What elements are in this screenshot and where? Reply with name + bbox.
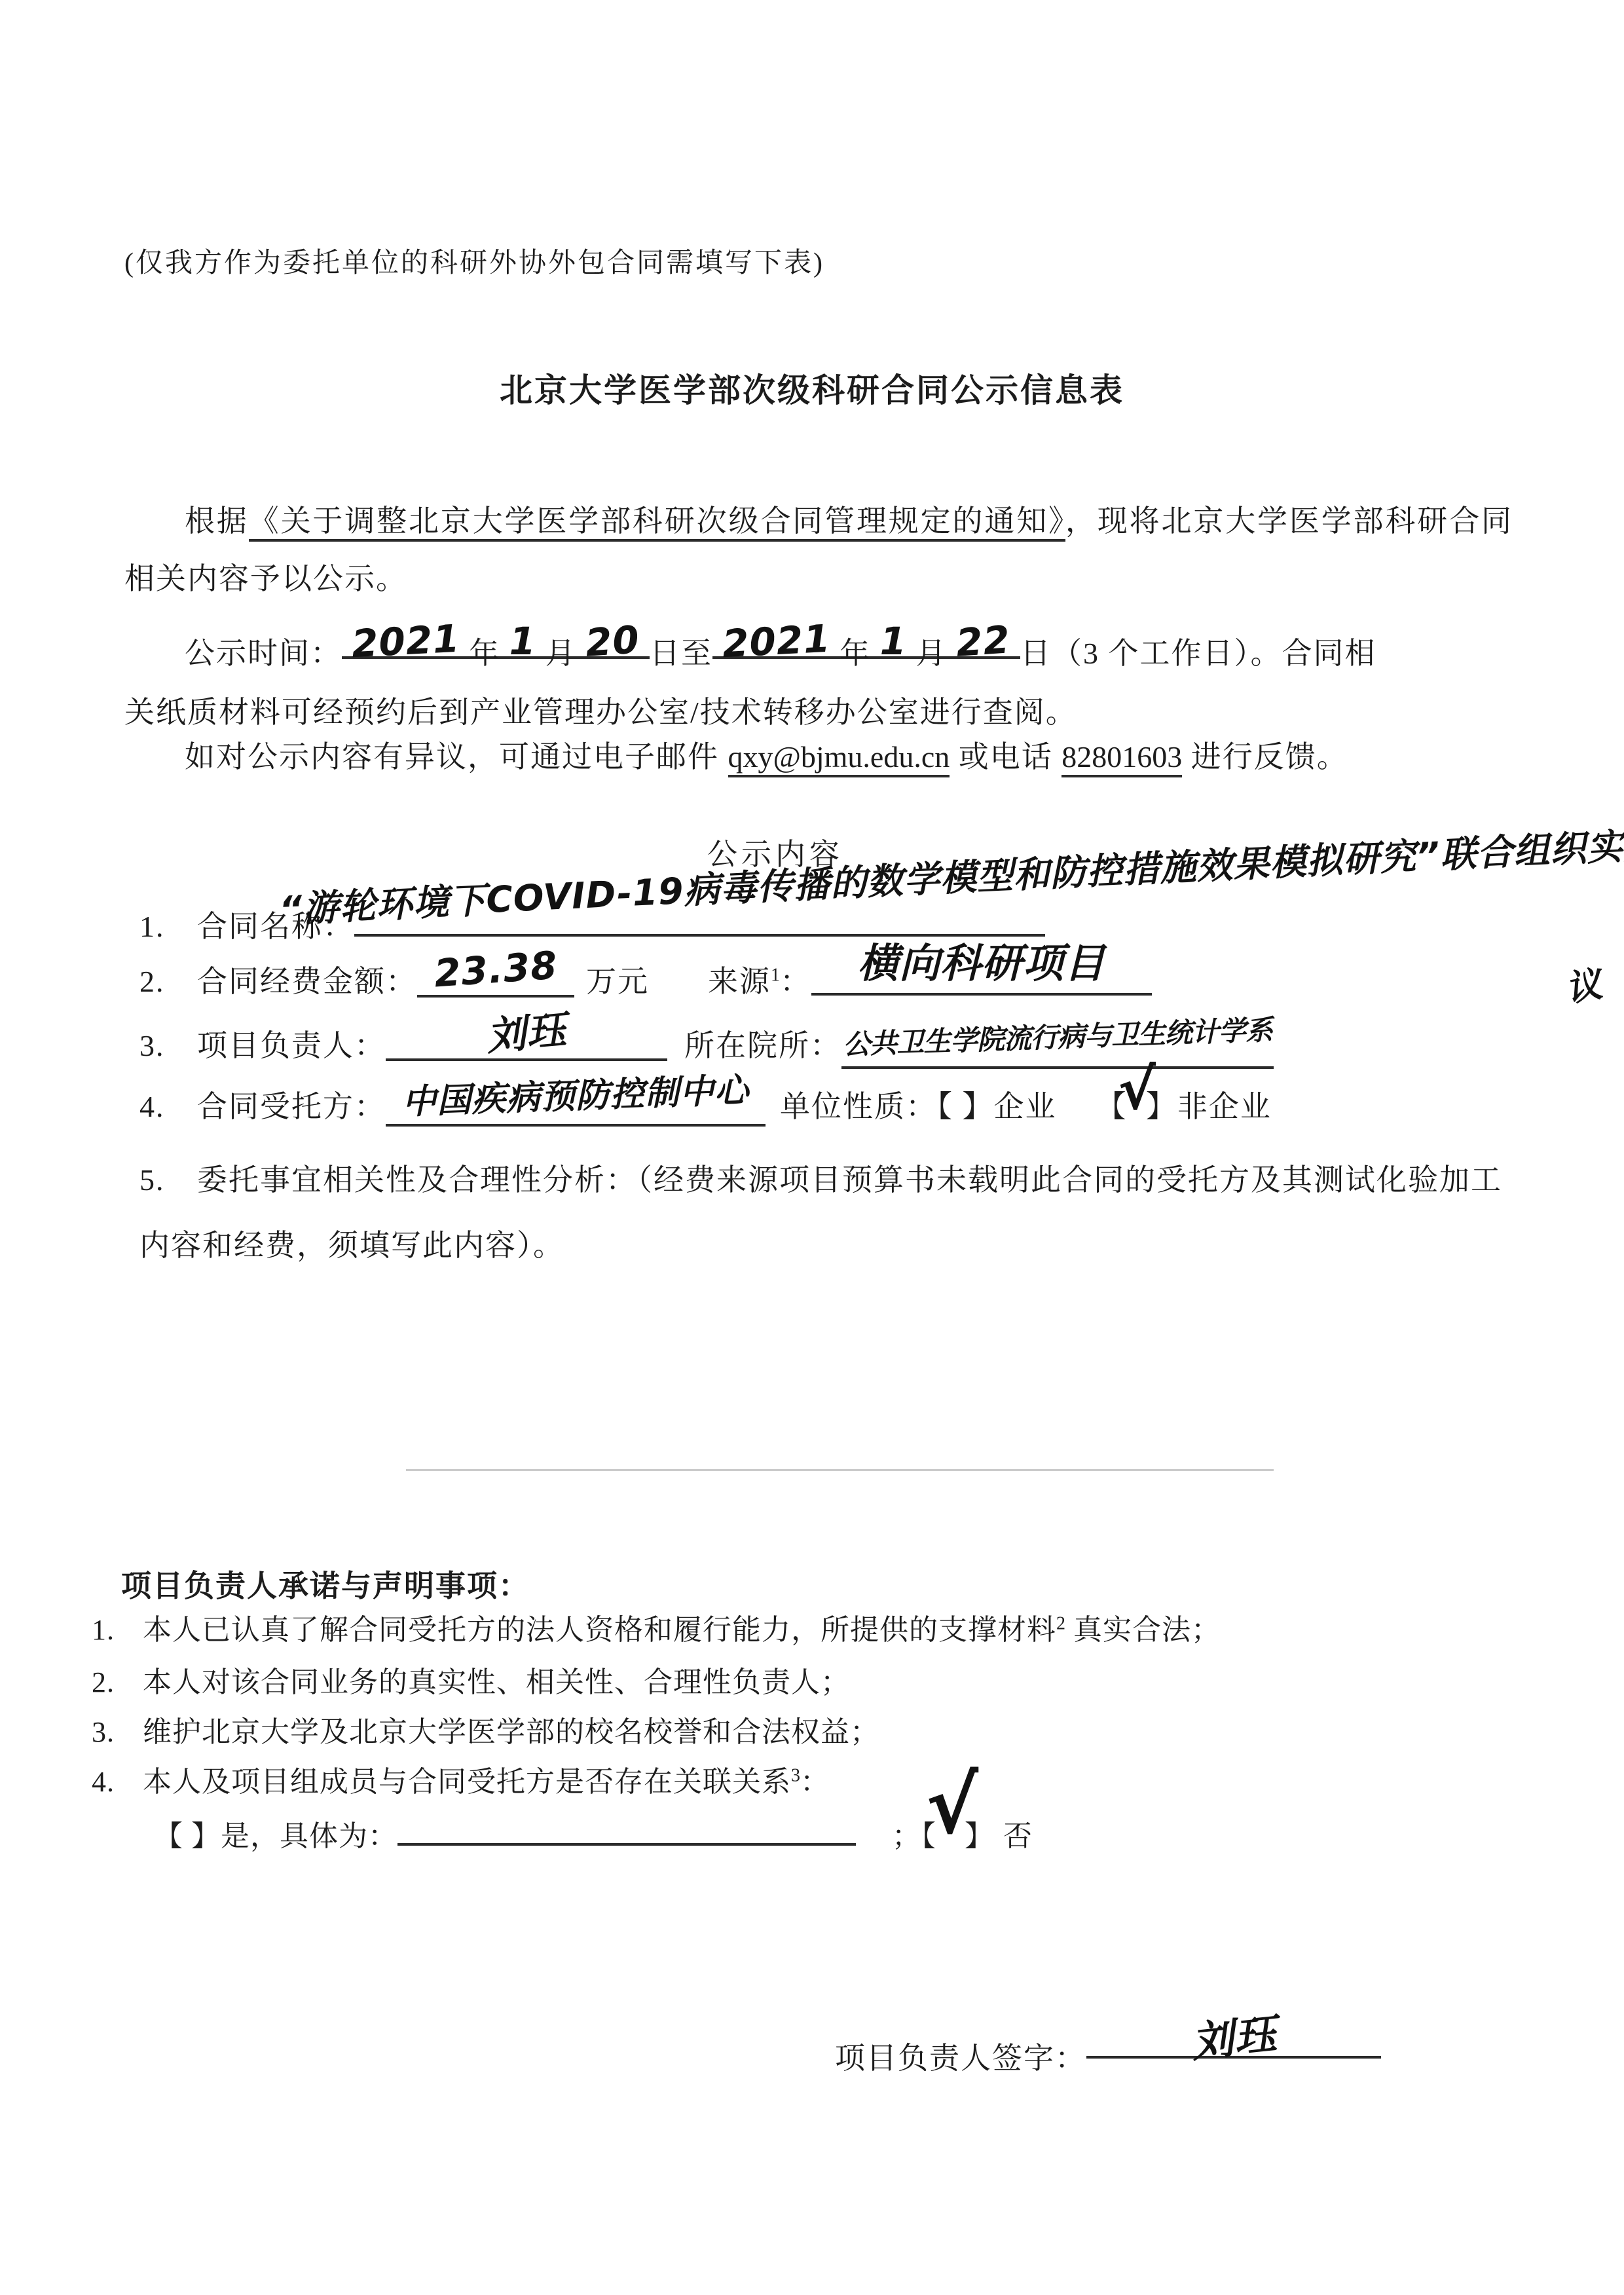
institute-blank: 公共卫生学院流行病与卫生统计学系	[841, 1031, 1274, 1069]
publicity-label: 公示时间：	[185, 637, 342, 670]
promise-item-1: 1.本人已认真了解合同受托方的法人资格和履行能力，所提供的支撑材料2 真实合法；	[92, 1606, 1221, 1648]
pi-name-handwritten: 刘珏	[485, 1011, 568, 1056]
item1-number: 1.	[139, 912, 197, 942]
item-contract-amount: 2.合同经费金额：23.38万元来源1：横向科研项目	[139, 958, 1152, 998]
end-year-handwritten: 2021	[721, 609, 832, 674]
signature-line: 项目负责人签字：刘珏	[835, 2021, 1381, 2078]
promise4-number: 4.	[92, 1765, 143, 1799]
amount-unit: 万元	[586, 965, 649, 998]
feedback-line: 如对公示内容有异议，可通过电子邮件 qxy@bjmu.edu.cn 或电话 82…	[124, 742, 1519, 772]
promise4-text-end: ：	[800, 1766, 830, 1798]
empty-bracket-checkbox: 【 】	[937, 1090, 994, 1123]
feedback-part2: 或电话	[950, 740, 1061, 774]
amount-blank: 23.38	[417, 960, 574, 998]
end-month-unit: 月	[916, 637, 948, 670]
publicity-line2: 关纸质材料可经预约后到产业管理办公室/技术转移办公室进行查阅。	[124, 696, 1077, 729]
intro-paragraph: 根据《关于调整北京大学医学部科研次级合同管理规定的通知》，现将北京大学医学部科研…	[124, 493, 1513, 608]
promise4-footnote-marker: 3	[791, 1765, 800, 1785]
top-note: (仅我方作为委托单位的科研外协外包合同需填写下表)	[124, 241, 824, 280]
start-year-unit: 年	[469, 637, 500, 670]
nature-checkbox-enterprise: 【 】企业	[937, 1090, 1057, 1123]
end-date-blank: 2021 年 1 月 22	[712, 621, 1020, 659]
promise-item-4: 4.本人及项目组成员与合同受托方是否存在关联关系3：	[92, 1758, 830, 1800]
enterprise-label: 企业	[994, 1090, 1057, 1123]
relation-line: 【 】是，具体为：；【√】否	[154, 1808, 1033, 1854]
contract-name-handwritten-tail: 议	[1561, 955, 1606, 1013]
start-day-handwritten: 20	[583, 610, 642, 673]
pi-name-blank: 刘珏	[386, 1023, 667, 1061]
contractor-handwritten: 中国疾病预防控制中心	[401, 1073, 750, 1119]
relation-yes-text: 是，具体为：	[221, 1820, 397, 1852]
institute-label: 所在院所：	[684, 1029, 841, 1062]
item4-label: 合同受托方：	[197, 1090, 386, 1123]
promise3-text: 维护北京大学及北京大学医学部的校名校誉和合法权益；	[143, 1716, 879, 1748]
form-title: 北京大学医学部次级科研合同公示信息表	[0, 364, 1624, 411]
source-handwritten: 横向科研项目	[858, 943, 1105, 984]
item-analysis: 5.委托事宜相关性及合理性分析：（经费来源项目预算书未载明此合同的受托方及其测试…	[139, 1147, 1528, 1278]
feedback-part1: 如对公示内容有异议，可通过电子邮件	[185, 740, 728, 774]
item2-label: 合同经费金额：	[197, 965, 417, 998]
item3-label: 项目负责人：	[197, 1029, 386, 1062]
relation-empty-checkbox: 【 】	[154, 1820, 221, 1852]
scan-divider-line	[406, 1469, 1274, 1471]
notice-title: 《关于调整北京大学医学部科研次级合同管理规定的通知》	[249, 504, 1065, 542]
date-mid-text: 日至	[650, 637, 712, 670]
scanned-form-page: (仅我方作为委托单位的科研外协外包合同需填写下表) 北京大学医学部次级科研合同公…	[0, 0, 1624, 2295]
promise2-text: 本人对该合同业务的真实性、相关性、合理性负责人；	[143, 1666, 850, 1698]
feedback-phone: 82801603	[1061, 740, 1182, 777]
relation-no-checkbox: 【√】否	[921, 1820, 1033, 1852]
relation-semicolon: ；	[892, 1820, 921, 1852]
start-month-handwritten: 1	[509, 612, 536, 671]
contractor-blank: 中国疾病预防控制中心	[386, 1089, 766, 1127]
item-contractor: 4.合同受托方：中国疾病预防控制中心单位性质：【 】企业【√】非企业	[139, 1089, 1272, 1127]
start-date-blank: 2021 年 1 月 20	[342, 621, 650, 659]
item5-text: 委托事宜相关性及合理性分析：（经费来源项目预算书未载明此合同的受托方及其测试化验…	[139, 1163, 1502, 1262]
source-footnote-marker: 1	[771, 965, 780, 986]
end-year-unit: 年	[840, 637, 871, 670]
item3-number: 3.	[139, 1031, 197, 1061]
amount-handwritten: 23.38	[433, 946, 559, 992]
nature-checkbox-non-enterprise: 【√】非企业	[1096, 1090, 1272, 1123]
item4-number: 4.	[139, 1092, 197, 1122]
relation-detail-blank	[397, 1808, 856, 1846]
promise2-number: 2.	[92, 1666, 143, 1699]
end-day-handwritten: 22	[954, 610, 1012, 673]
promise4-text: 本人及项目组成员与合同受托方是否存在关联关系	[143, 1766, 791, 1798]
source-blank: 横向科研项目	[811, 958, 1152, 996]
item-pi: 3.项目负责人：刘珏所在院所：公共卫生学院流行病与卫生统计学系	[139, 1023, 1274, 1069]
relation-no-text: 否	[1003, 1820, 1033, 1852]
item5-number: 5.	[139, 1147, 197, 1213]
promise3-number: 3.	[92, 1715, 143, 1749]
source-colon: ：	[780, 965, 811, 998]
nature-label: 单位性质：	[780, 1090, 937, 1123]
feedback-part3: 进行反馈。	[1182, 740, 1348, 774]
signature-label: 项目负责人签字：	[835, 2042, 1086, 2075]
promise-item-3: 3.维护北京大学及北京大学医学部的校名校誉和合法权益；	[92, 1708, 879, 1750]
institute-handwritten: 公共卫生学院流行病与卫生统计学系	[842, 1017, 1272, 1059]
promise-heading: 项目负责人承诺与声明事项：	[121, 1562, 530, 1605]
start-year-handwritten: 2021	[350, 609, 462, 674]
signature-handwritten: 刘珏	[1189, 2000, 1280, 2069]
promise1-text: 本人已认真了解合同受托方的法人资格和履行能力，所提供的支撑材料	[143, 1614, 1056, 1646]
promise1-footnote-marker: 2	[1056, 1613, 1065, 1633]
end-month-handwritten: 1	[880, 612, 907, 671]
source-label: 来源	[708, 965, 771, 998]
promise-item-2: 2.本人对该合同业务的真实性、相关性、合理性负责人；	[92, 1658, 850, 1700]
publicity-tail: 日（3 个工作日）。合同相	[1020, 637, 1376, 670]
feedback-email: qxy@bjmu.edu.cn	[728, 740, 950, 777]
promise1-text-end: 真实合法；	[1065, 1614, 1221, 1646]
intro-prefix: 根据	[185, 504, 249, 538]
publicity-time: 公示时间：2021 年 1 月 20日至2021 年 1 月 22日（3 个工作…	[124, 621, 1519, 742]
signature-blank: 刘珏	[1086, 2021, 1381, 2059]
promise1-number: 1.	[92, 1613, 143, 1647]
item2-number: 2.	[139, 967, 197, 997]
start-month-unit: 月	[545, 637, 577, 670]
non-enterprise-label: 非企业	[1177, 1090, 1272, 1123]
